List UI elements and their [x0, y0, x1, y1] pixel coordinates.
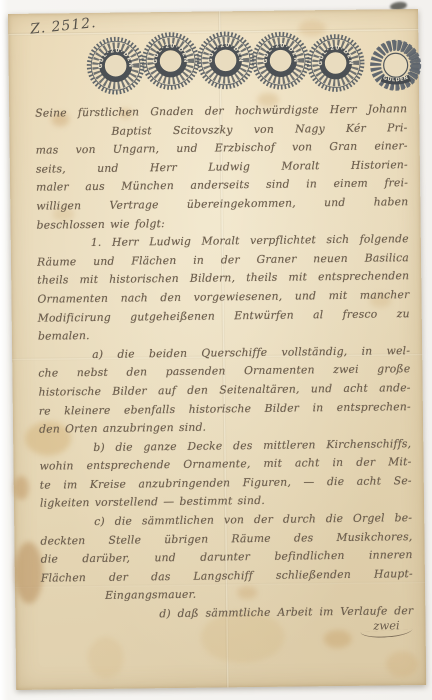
manuscript-line: d) daß sämmtliche Arbeit im Verlaufe der	[41, 602, 413, 625]
revenue-stamp	[305, 33, 366, 94]
stain	[88, 637, 125, 679]
revenue-stamp	[140, 31, 201, 92]
catchword-flourish	[360, 629, 412, 639]
revenue-stamp	[195, 30, 256, 91]
stain	[386, 651, 418, 677]
gulden-seal-stamp: GULDEN	[368, 38, 423, 93]
stain	[14, 476, 29, 500]
revenue-stamp	[85, 35, 146, 96]
revenue-stamp	[250, 30, 311, 91]
stain	[324, 630, 352, 648]
manuscript: Seine fürstlichen Gnaden der hochwürdigs…	[35, 100, 413, 625]
catchword: zwei	[360, 618, 412, 638]
document-paper: Z. 2512. GUL·20·DEN	[8, 9, 426, 690]
stain	[14, 542, 43, 604]
